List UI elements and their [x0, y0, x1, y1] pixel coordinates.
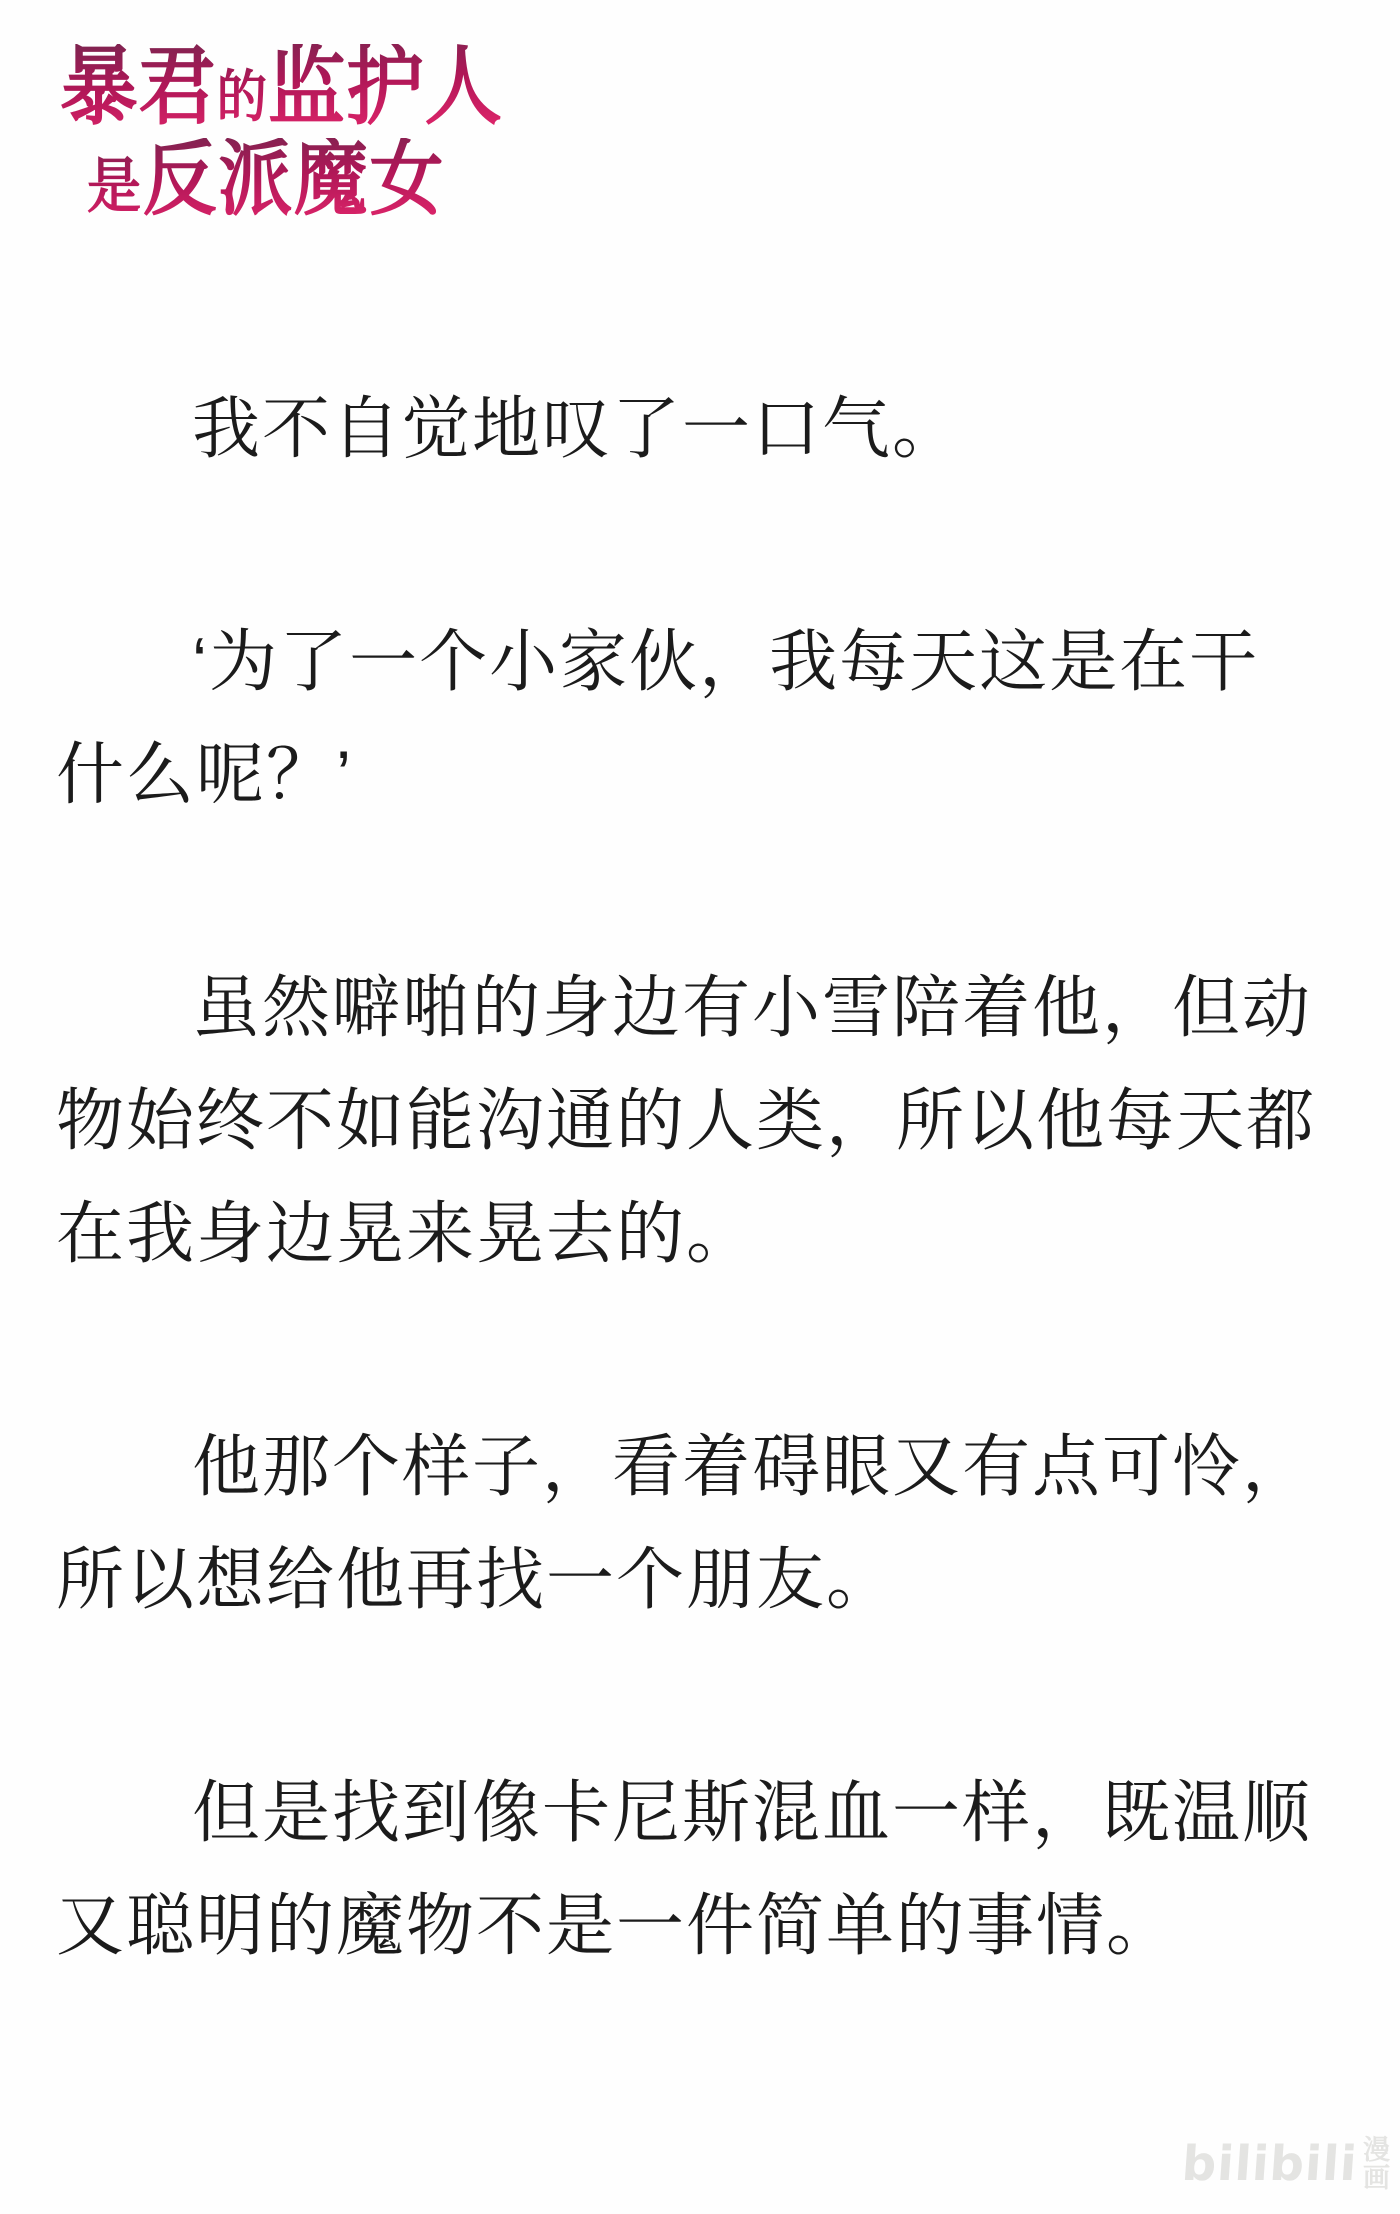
logo-text-shi: 是 [87, 152, 143, 222]
paragraph-3: 虽然噼啪的身边有小雪陪着他，但动 物始终不如能沟通的人类，所以他每天都 在我身边… [56, 952, 1344, 1291]
paragraph-5: 但是找到像卡尼斯混血一样，既温顺 又聪明的魔物不是一件简单的事情。 [56, 1757, 1344, 1983]
text-line: 又聪明的魔物不是一件简单的事情。 [56, 1870, 1344, 1983]
text-line: 我不自觉地叹了一口气。 [56, 373, 1344, 486]
logo-line-1: 暴君的监护人 [60, 44, 503, 130]
text-line: 在我身边晃来晃去的。 [56, 1178, 1344, 1291]
paragraph-4: 他那个样子，看着碍眼又有点可怜， 所以想给他再找一个朋友。 [56, 1411, 1344, 1637]
paragraph-1: 我不自觉地叹了一口气。 [56, 373, 1344, 486]
bilibili-watermark: bilibili 漫 画 [1182, 2136, 1390, 2192]
logo-text-baojun: 暴君 [60, 36, 217, 137]
logo-text-jianhuren: 监护人 [268, 36, 503, 137]
logo-text-de: 的 [217, 64, 268, 130]
text-line: 他那个样子，看着碍眼又有点可怜， [56, 1411, 1344, 1524]
logo-text-fanpaimonv: 反派魔女 [143, 131, 445, 227]
chapter-text-body: 我不自觉地叹了一口气。 ‘为了一个小家伙，我每天这是在干 什么呢？’ 虽然噼啪的… [56, 373, 1344, 2103]
series-title-logo: 暴君的监护人 是反派魔女 [60, 44, 503, 220]
manga-label-char-2: 画 [1363, 2164, 1390, 2192]
manga-text-page: 暴君的监护人 是反派魔女 我不自觉地叹了一口气。 ‘为了一个小家伙，我每天这是在… [0, 0, 1400, 2214]
text-line: ‘为了一个小家伙，我每天这是在干 [56, 606, 1344, 719]
bilibili-manga-label: 漫 画 [1363, 2136, 1390, 2192]
manga-label-char-1: 漫 [1363, 2136, 1390, 2164]
text-line: 物始终不如能沟通的人类，所以他每天都 [56, 1065, 1344, 1178]
text-line: 什么呢？’ [56, 719, 1344, 832]
paragraph-2: ‘为了一个小家伙，我每天这是在干 什么呢？’ [56, 606, 1344, 832]
logo-line-2: 是反派魔女 [87, 138, 503, 220]
text-line: 但是找到像卡尼斯混血一样，既温顺 [56, 1757, 1344, 1870]
text-line: 虽然噼啪的身边有小雪陪着他，但动 [56, 952, 1344, 1065]
bilibili-logo-text: bilibili [1180, 2136, 1359, 2192]
text-line: 所以想给他再找一个朋友。 [56, 1524, 1344, 1637]
